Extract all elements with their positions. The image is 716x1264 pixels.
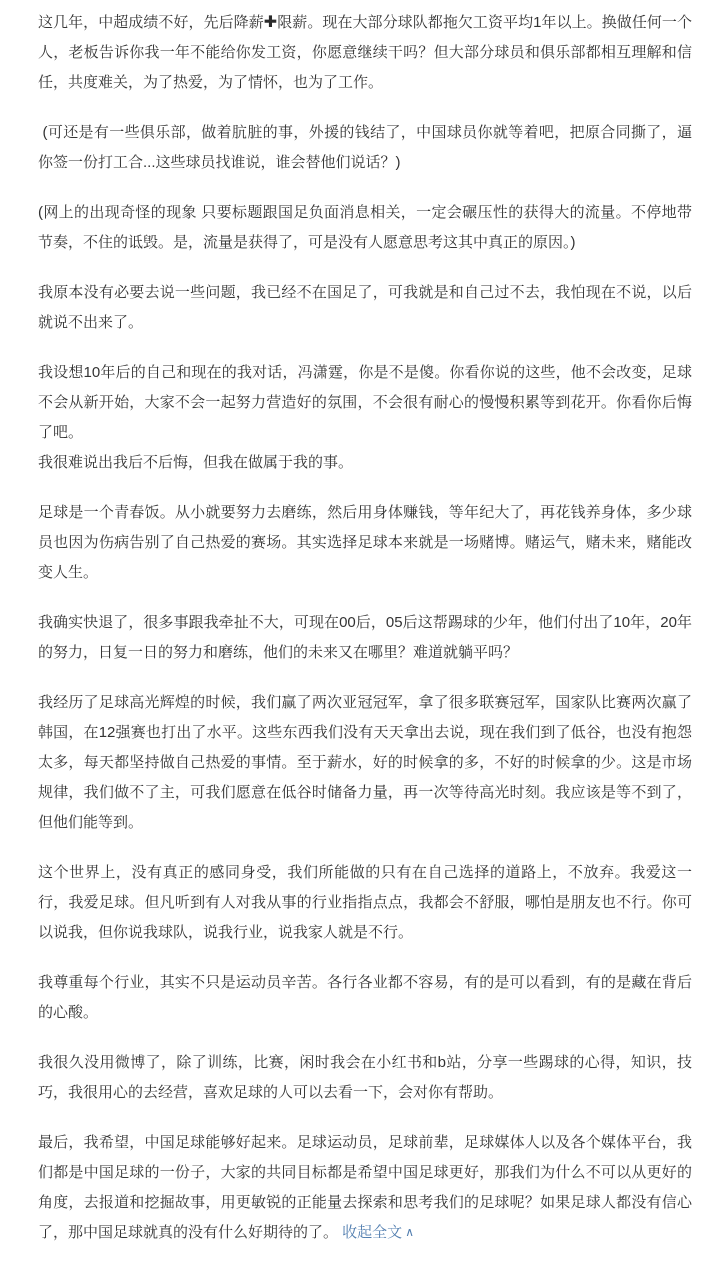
post-paragraph-4: 我原本没有必要去说一些问题，我已经不在国足了，可我就是和自己过不去，我怕现在不说… bbox=[38, 278, 692, 338]
collapse-full-text-link[interactable]: 收起全文∧ bbox=[342, 1224, 414, 1241]
post-paragraph-11: 我很久没用微博了，除了训练，比赛，闲时我会在小红书和b站，分享一些踢球的心得，知… bbox=[38, 1048, 692, 1108]
chevron-up-icon: ∧ bbox=[405, 1217, 414, 1247]
paragraph-text: 这几年，中超成绩不好，先后降薪 bbox=[38, 14, 264, 31]
post-body: 这几年，中超成绩不好，先后降薪✚限薪。现在大部分球队都拖欠工资平均1年以上。换做… bbox=[0, 0, 716, 1264]
post-paragraph-5: 我设想10年后的自己和现在的我对话，冯潇霆，你是不是傻。你看你说的这些，他不会改… bbox=[38, 358, 692, 478]
post-paragraph-9: 这个世界上，没有真正的感同身受，我们所能做的只有在自己选择的道路上，不放弃。我爱… bbox=[38, 858, 692, 948]
post-paragraph-6: 足球是一个青春饭。从小就要努力去磨练，然后用身体赚钱，等年纪大了，再花钱养身体，… bbox=[38, 498, 692, 588]
post-paragraph-8: 我经历了足球高光辉煌的时候，我们赢了两次亚冠冠军，拿了很多联赛冠军，国家队比赛两… bbox=[38, 688, 692, 838]
post-paragraph-10: 我尊重每个行业，其实不只是运动员辛苦。各行各业都不容易，有的是可以看到，有的是藏… bbox=[38, 968, 692, 1028]
post-paragraph-1: 这几年，中超成绩不好，先后降薪✚限薪。现在大部分球队都拖欠工资平均1年以上。换做… bbox=[38, 8, 692, 98]
post-paragraph-3: (网上的出现奇怪的现象 只要标题跟国足负面消息相关，一定会碾压性的获得大的流量。… bbox=[38, 198, 692, 258]
post-paragraph-2: (可还是有一些俱乐部，做着肮脏的事，外援的钱结了，中国球员你就等着吧，把原合同撕… bbox=[38, 118, 692, 178]
plus-icon: ✚ bbox=[264, 14, 277, 31]
post-paragraph-12: 最后，我希望，中国足球能够好起来。足球运动员，足球前辈，足球媒体人以及各个媒体平… bbox=[38, 1128, 692, 1248]
collapse-link-label: 收起全文 bbox=[342, 1224, 402, 1241]
post-paragraph-7: 我确实快退了，很多事跟我牵扯不大，可现在00后，05后这帮踢球的少年，他们付出了… bbox=[38, 608, 692, 668]
